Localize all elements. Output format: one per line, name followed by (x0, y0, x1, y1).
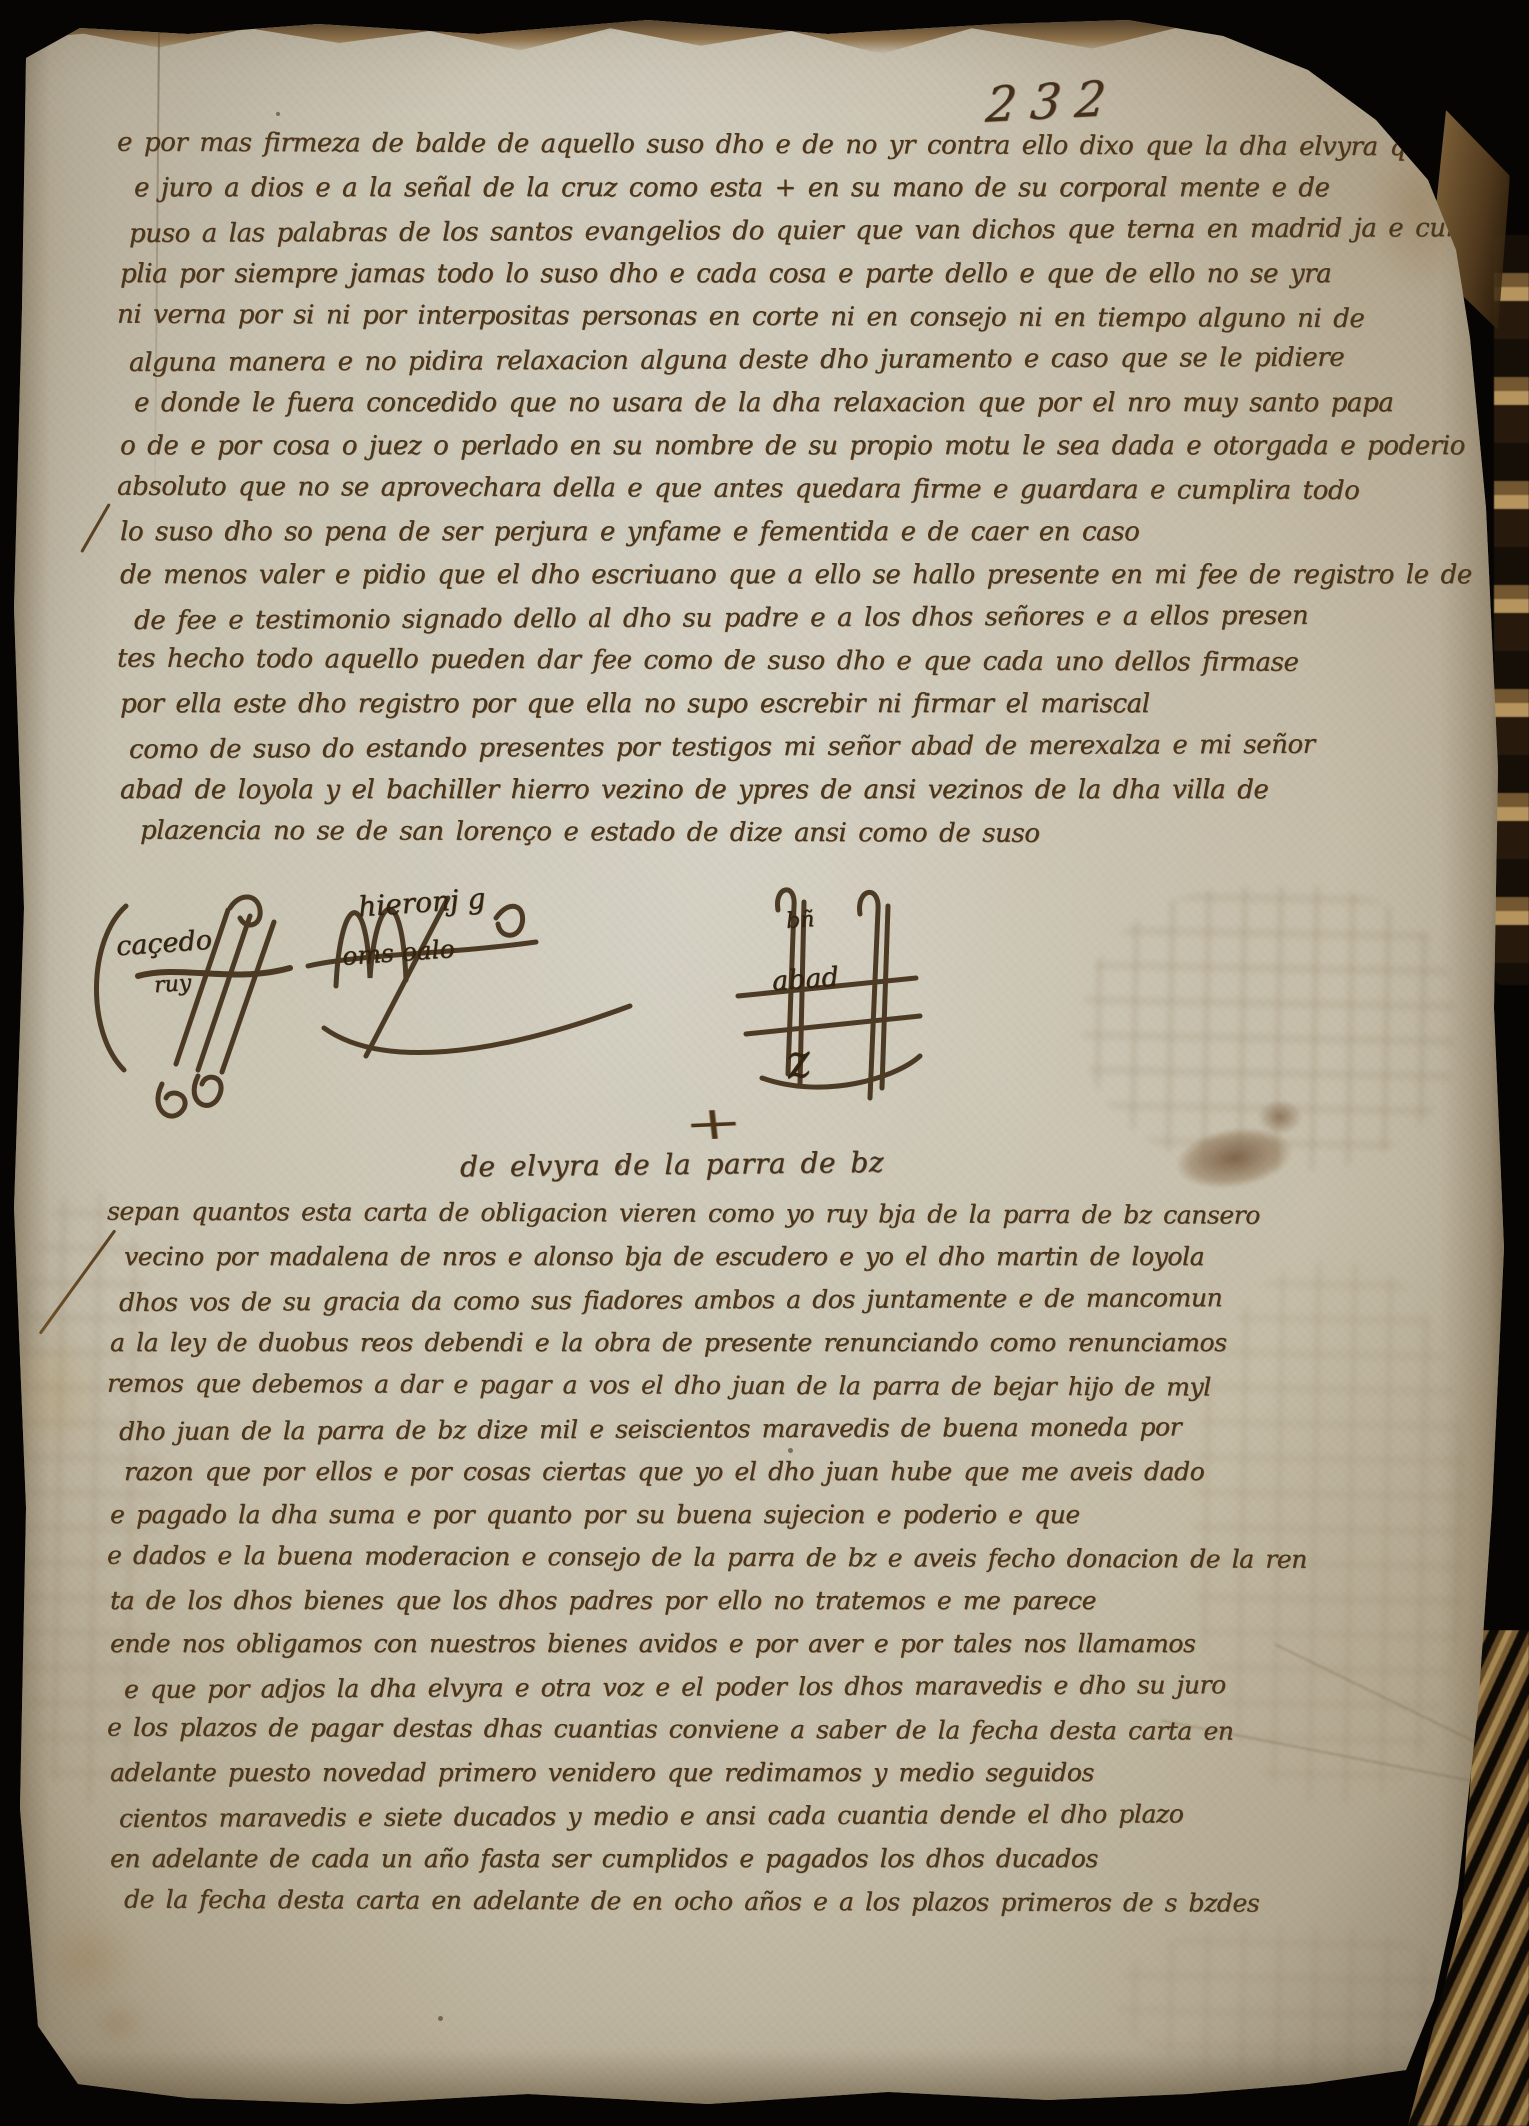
manuscript-page: 232 e por mas firmeza de balde de aquell… (8, 8, 1514, 2114)
manuscript-line: cientos maravedis e siete ducados y medi… (119, 1791, 1470, 1840)
section-heading: de elvyra de la parra de bz (460, 1146, 884, 1183)
text-block-lower: sepan quantos esta carta de obligacion v… (110, 1192, 1470, 1923)
manuscript-line: ende nos obligamos con nuestros bienes a… (110, 1622, 1470, 1665)
signature-3: bñ abad z (704, 866, 934, 1121)
signature-text: ruy (153, 971, 192, 999)
manuscript-line: e que por adjos la dha elvyra e otra voz… (124, 1662, 1470, 1711)
signature-text: abad (771, 962, 840, 998)
manuscript-line: e pagado la dha suma e por quanto por su… (110, 1493, 1470, 1536)
manuscript-line: dhos vos de su gracia da como sus fiador… (119, 1275, 1470, 1324)
manuscript-line: de menos valer e pidio que el dho escriu… (120, 554, 1470, 597)
signature-text: bñ (785, 907, 815, 934)
margin-slash-mark (80, 503, 111, 553)
manuscript-line: en adelante de cada un año fasta ser cum… (110, 1837, 1470, 1880)
manuscript-line: adelante puesto novedad primero venidero… (110, 1751, 1470, 1794)
top-edge-stain (438, 4, 668, 38)
manuscript-line: puso a las palabras de los santos evange… (129, 207, 1470, 256)
bottom-left-stain (80, 1992, 156, 2054)
manuscript-line: ta de los dhos bienes que los dhos padre… (110, 1579, 1470, 1622)
margin-slash-mark (39, 1229, 117, 1334)
manuscript-line: o de e por cosa o juez o perlado en su n… (120, 425, 1470, 468)
manuscript-line: de la fecha desta carta en adelante de e… (124, 1878, 1470, 1926)
book-page-edges-right (1494, 235, 1529, 985)
signature-2: hieronj g oms oalo (300, 858, 550, 1083)
manuscript-line: e los plazos de pagar destas dhas cuanti… (107, 1706, 1470, 1754)
manuscript-line: remos que debemos a dar e pagar a vos el… (107, 1362, 1470, 1410)
manuscript-line: lo suso dho so pena de ser perjura e ynf… (120, 511, 1470, 554)
manuscript-line: de fee e testimonio signado dello al dho… (134, 594, 1470, 643)
ink-speck (276, 112, 280, 116)
bleed-through-text (1083, 886, 1453, 1171)
manuscript-line: absoluto que no se aprovechara della e q… (117, 466, 1470, 514)
manuscript-line: alguna manera e no pidira relaxacion alg… (129, 336, 1470, 385)
top-edge-stain (888, 2, 1058, 32)
manuscript-line: plia por siempre jamas todo lo suso dho … (120, 253, 1470, 296)
manuscript-line: dho juan de la parra de bz dize mil e se… (119, 1404, 1470, 1453)
manuscript-photograph: { "page": { "folio_number": "232", "ink_… (0, 0, 1529, 2126)
bottom-edge-shading (8, 2050, 1514, 2114)
manuscript-line: abad de loyola y el bachiller hierro vez… (120, 769, 1470, 812)
cross-mark: + (681, 1095, 746, 1152)
manuscript-line: plazencia no se de san lorenço e estado … (140, 810, 1470, 858)
manuscript-line: e donde le fuera concedido que no usara … (134, 382, 1470, 425)
margin-stain (0, 1304, 112, 1484)
manuscript-line: e juro a dios e a la señal de la cruz co… (134, 167, 1470, 210)
bleed-through-text (1118, 1926, 1448, 2076)
manuscript-line: e por mas firmeza de balde de aquello su… (117, 122, 1470, 170)
manuscript-line: tes hecho todo aquello pueden dar fee co… (117, 638, 1470, 686)
text-block-upper: e por mas firmeza de balde de aquello su… (120, 124, 1470, 855)
manuscript-line: vecino por madalena de nros e alonso bja… (124, 1235, 1470, 1278)
manuscript-line: por ella este dho registro por que ella … (120, 683, 1470, 726)
ink-speck (438, 2016, 443, 2021)
manuscript-line: e dados e la buena moderacion e consejo … (107, 1534, 1470, 1582)
manuscript-line: ni verna por si ni por interpositas pers… (117, 294, 1470, 342)
manuscript-line: como de suso do estando presentes por te… (129, 723, 1470, 772)
manuscript-line: a la ley de duobus reos debendi e la obr… (110, 1321, 1470, 1364)
left-edge-shading (8, 8, 50, 2114)
manuscript-line: sepan quantos esta carta de obligacion v… (107, 1190, 1470, 1238)
manuscript-line: razon que por ellos e por cosas ciertas … (124, 1450, 1470, 1493)
torn-top-edge (8, 8, 1514, 54)
ink-blot (1250, 1094, 1310, 1140)
